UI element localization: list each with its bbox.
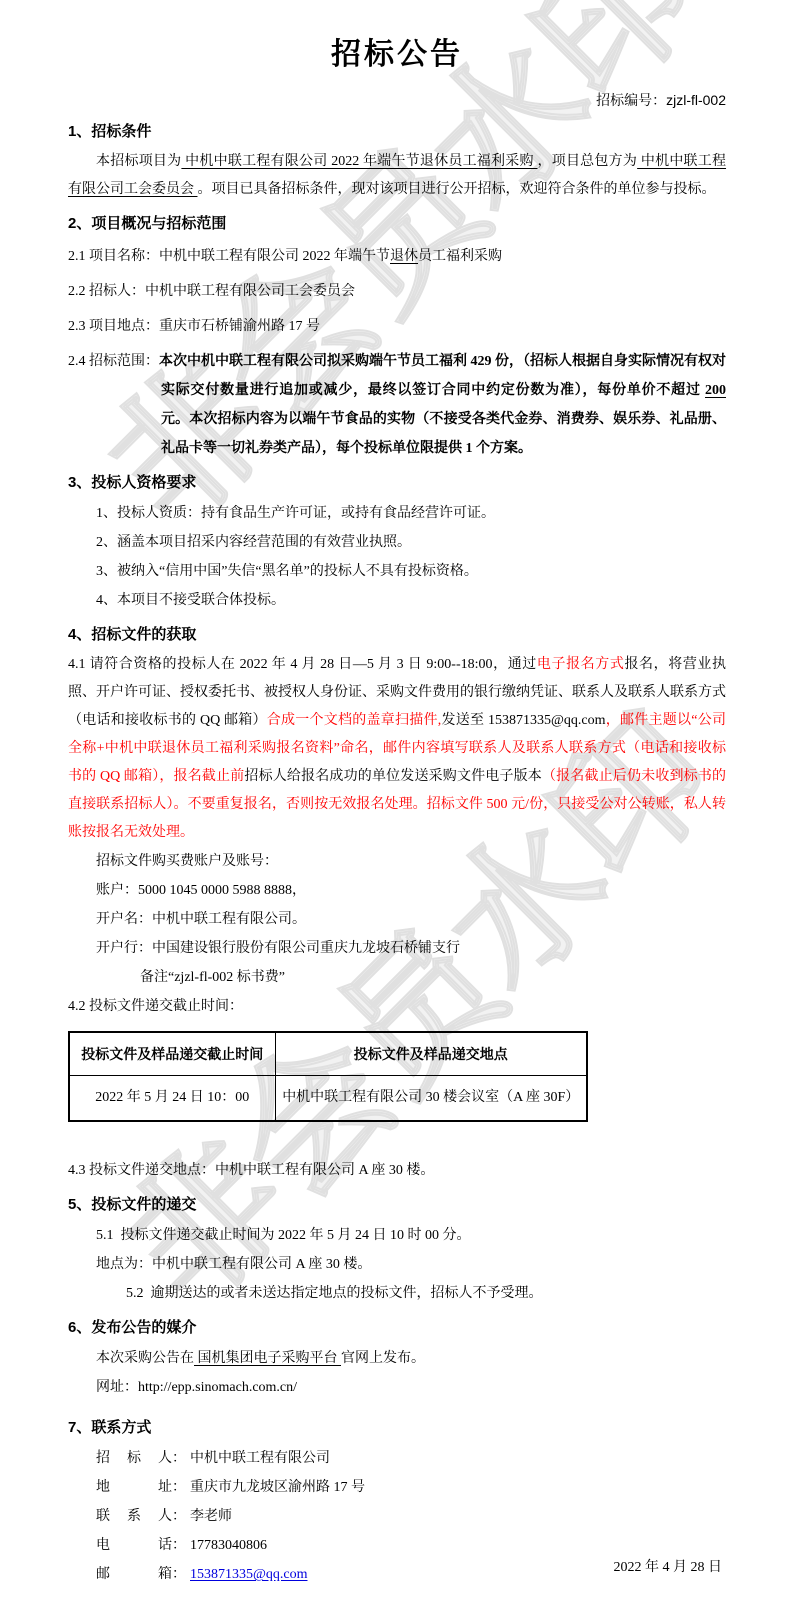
contact-colon: ： — [172, 1480, 186, 1495]
contact-colon: ： — [172, 1567, 186, 1582]
section-6-heading: 6、发布公告的媒介 — [68, 1316, 726, 1340]
section-1-paragraph: 本招标项目为 中机中联工程有限公司 2022 年端午节退休员工福利采购 ，项目总… — [68, 148, 726, 204]
document-page: 非会员水印 非会员水印 招标公告 招标编号：zjzl-fl-002 1、招标条件… — [0, 0, 794, 1622]
contact-colon: ： — [172, 1538, 186, 1553]
contact-value: 重庆市九龙坡区渝州路 17 号 — [190, 1480, 365, 1495]
submission-table: 投标文件及样品递交截止时间 投标文件及样品递交地点 2022 年 5 月 24 … — [68, 1031, 588, 1122]
late-submission-line: 5.2 逾期送达的或者未送达指定地点的投标文件，招标人不予受理。 — [126, 1279, 726, 1308]
contact-value: 中机中联工程有限公司 — [190, 1451, 330, 1466]
contact-row-address: 地址：重庆市九龙坡区渝州路 17 号 — [96, 1473, 726, 1502]
remark-line: 备注“zjzl-fl-002 标书费” — [140, 963, 726, 992]
section-4-heading: 4、招标文件的获取 — [68, 623, 726, 647]
submission-place-line: 4.3 投标文件递交地点：中机中联工程有限公司 A 座 30 楼。 — [68, 1156, 726, 1185]
table-row: 2022 年 5 月 24 日 10：00 中机中联工程有限公司 30 楼会议室… — [69, 1076, 587, 1122]
submission-address-line: 地点为：中机中联工程有限公司 A 座 30 楼。 — [96, 1250, 726, 1279]
qualification-item: 3、被纳入“信用中国”失信“黑名单”的投标人不具有投标资格。 — [96, 557, 726, 586]
contact-label: 地址 — [96, 1473, 172, 1502]
table-header-deadline: 投标文件及样品递交截止时间 — [69, 1032, 275, 1076]
qualification-item: 4、本项目不接受联合体投标。 — [96, 586, 726, 615]
website-line: 网址：http://epp.sinomach.com.cn/ — [96, 1373, 726, 1402]
account-intro-line: 招标文件购买费账户及账号： — [96, 847, 726, 876]
contact-label: 电话 — [96, 1531, 172, 1560]
contact-row-tenderee: 招标人：中机中联工程有限公司 — [96, 1444, 726, 1473]
project-location-line: 2.3 项目地点：重庆市石桥铺渝州路 17 号 — [68, 312, 726, 341]
account-number-line: 账户：5000 1045 0000 5988 8888， — [96, 876, 726, 905]
tender-number-label: 招标编号： — [596, 94, 666, 109]
tender-number-line: 招标编号：zjzl-fl-002 — [68, 90, 726, 112]
project-name-line: 2.1 项目名称：中机中联工程有限公司 2022 年端午节退休员工福利采购 — [68, 242, 726, 271]
table-cell-location: 中机中联工程有限公司 30 楼会议室（A 座 30F） — [275, 1076, 587, 1122]
account-name-line: 开户名：中机中联工程有限公司。 — [96, 905, 726, 934]
contact-row-phone: 电话：17783040806 — [96, 1531, 726, 1560]
page-title: 招标公告 — [68, 36, 726, 74]
publish-media-line: 本次采购公告在 国机集团电子采购平台 官网上发布。 — [96, 1344, 726, 1373]
section-3-heading: 3、投标人资格要求 — [68, 471, 726, 495]
contact-label: 联系人 — [96, 1502, 172, 1531]
tender-scope-paragraph: 2.4 招标范围：本次中机中联工程有限公司拟采购端午节员工福利 429 份，（招… — [68, 347, 726, 463]
submission-deadline-line: 5.1 投标文件递交截止时间为 2022 年 5 月 24 日 10 时 00 … — [96, 1221, 726, 1250]
contact-colon: ： — [172, 1451, 186, 1466]
contact-row-person: 联系人：李老师 — [96, 1502, 726, 1531]
contact-value: 17783040806 — [190, 1538, 267, 1553]
registration-paragraph: 4.1 请符合资格的投标人在 2022 年 4 月 28 日—5 月 3 日 9… — [68, 651, 726, 847]
tenderee-line: 2.2 招标人：中机中联工程有限公司工会委员会 — [68, 277, 726, 306]
section-2-heading: 2、项目概况与招标范围 — [68, 212, 726, 236]
contact-value: 李老师 — [190, 1509, 232, 1524]
table-header-location: 投标文件及样品递交地点 — [275, 1032, 587, 1076]
contact-colon: ： — [172, 1509, 186, 1524]
qualification-item: 2、涵盖本项目招采内容经营范围的有效营业执照。 — [96, 528, 726, 557]
section-7-heading: 7、联系方式 — [68, 1416, 726, 1440]
deadline-intro-line: 4.2 投标文件递交截止时间： — [68, 992, 726, 1021]
email-link[interactable]: 153871335@qq.com — [190, 1567, 308, 1582]
document-content: 招标公告 招标编号：zjzl-fl-002 1、招标条件 本招标项目为 中机中联… — [68, 36, 726, 1589]
table-header-row: 投标文件及样品递交截止时间 投标文件及样品递交地点 — [69, 1032, 587, 1076]
tender-number-value: zjzl-fl-002 — [666, 92, 726, 108]
contact-label: 邮箱 — [96, 1560, 172, 1589]
section-5-heading: 5、投标文件的递交 — [68, 1193, 726, 1217]
bank-line: 开户行：中国建设银行股份有限公司重庆九龙坡石桥铺支行 — [96, 934, 726, 963]
table-cell-deadline: 2022 年 5 月 24 日 10：00 — [69, 1076, 275, 1122]
footer-date: 2022 年 4 月 28 日 — [614, 1558, 723, 1578]
qualification-item: 1、投标人资质：持有食品生产许可证，或持有食品经营许可证。 — [96, 499, 726, 528]
contact-label: 招标人 — [96, 1444, 172, 1473]
section-1-heading: 1、招标条件 — [68, 120, 726, 144]
